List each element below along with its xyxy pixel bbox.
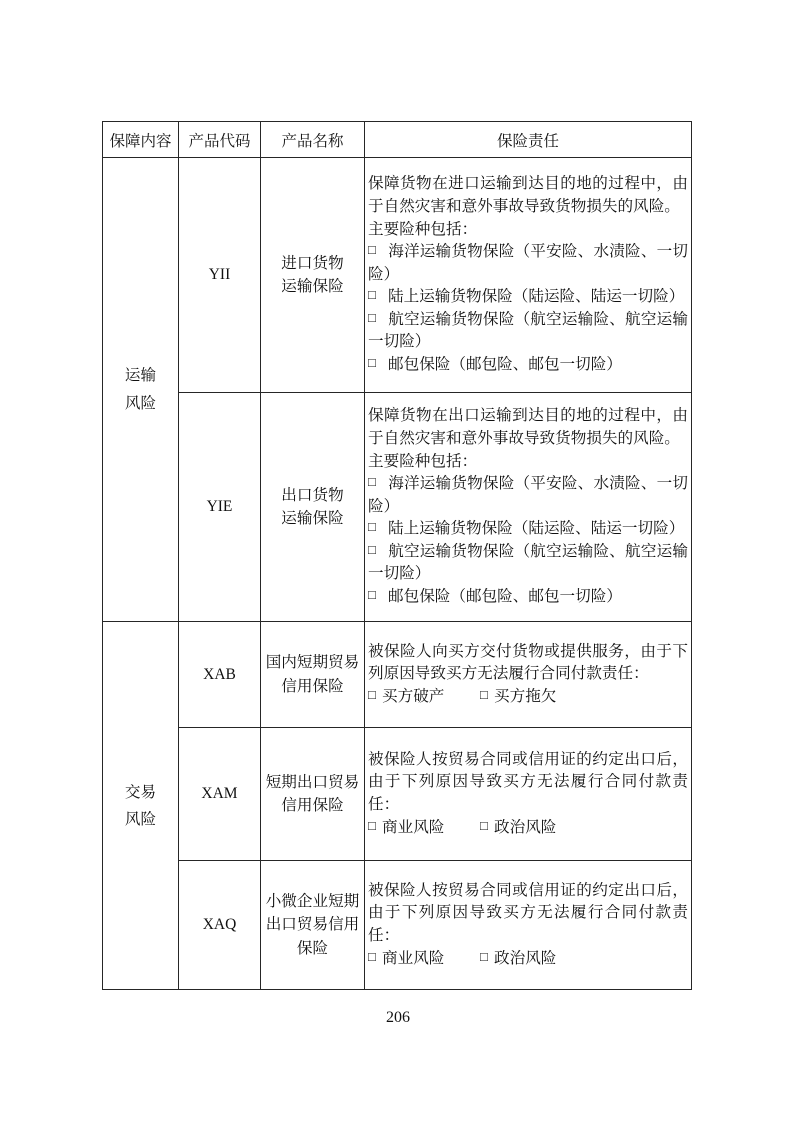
product-code-cell: XAM <box>179 728 261 861</box>
risk-option: □政治风险 <box>480 948 592 971</box>
product-code-cell: XAQ <box>179 861 261 990</box>
liability-text: 保障货物在进口运输到达目的地的过程中，由于自然灾害和意外事故导致货物损失的风险。… <box>368 173 688 376</box>
liability-description: 被保险人按贸易合同或信用证的约定出口后，由于下列原因导致买方无法履行合同付款责任… <box>368 880 688 948</box>
product-name-cell: 出口货物 运输保险 <box>261 393 365 622</box>
category-label: 交易 风险 <box>125 779 156 833</box>
table-row: 交易 风险 XAB 国内短期贸易 信用保险 被保险人向买方交付货物或提供服务，由… <box>103 622 692 728</box>
coverage-item: □陆上运输货物保险（陆运险、陆运一切险） <box>368 286 688 309</box>
checkbox-icon: □ <box>368 950 382 963</box>
coverage-item: □航空运输货物保险（航空运输险、航空运输一切险） <box>368 309 688 354</box>
header-coverage-category: 保障内容 <box>103 122 179 158</box>
checkbox-icon: □ <box>368 356 388 369</box>
checkbox-icon: □ <box>368 588 388 601</box>
risk-option: □买方破产 <box>368 686 480 709</box>
liability-cell: 被保险人向买方交付货物或提供服务，由于下列原因导致买方无法履行合同付款责任： □… <box>365 622 692 728</box>
checkbox-icon: □ <box>480 950 494 963</box>
checkbox-icon: □ <box>368 475 388 488</box>
liability-cell: 保障货物在出口运输到达目的地的过程中，由于自然灾害和意外事故导致货物损失的风险。… <box>365 393 692 622</box>
risk-option: □政治风险 <box>480 817 592 840</box>
checkbox-icon: □ <box>368 688 382 701</box>
liability-subheading: 主要险种包括： <box>368 219 688 242</box>
checkbox-icon: □ <box>480 819 494 832</box>
header-product-code: 产品代码 <box>179 122 261 158</box>
product-name-cell: 短期出口贸易 信用保险 <box>261 728 365 861</box>
category-label: 运输 风险 <box>125 362 156 418</box>
liability-cell: 保障货物在进口运输到达目的地的过程中，由于自然灾害和意外事故导致货物损失的风险。… <box>365 158 692 393</box>
category-cell-transport-risk: 运输 风险 <box>103 158 179 622</box>
liability-subheading: 主要险种包括： <box>368 451 688 474</box>
product-code-cell: YII <box>179 158 261 393</box>
coverage-item: □邮包保险（邮包险、邮包一切险） <box>368 586 688 609</box>
product-name-cell: 国内短期贸易 信用保险 <box>261 622 365 728</box>
product-name-cell: 小微企业短期 出口贸易信用 保险 <box>261 861 365 990</box>
insurance-product-table: 保障内容 产品代码 产品名称 保险责任 运输 风险 YII 进口货物 运输保险 … <box>102 121 692 990</box>
liability-description: 保障货物在进口运输到达目的地的过程中，由于自然灾害和意外事故导致货物损失的风险。 <box>368 173 688 218</box>
coverage-item: □陆上运输货物保险（陆运险、陆运一切险） <box>368 518 688 541</box>
checkbox-icon: □ <box>368 311 388 324</box>
liability-text: 被保险人按贸易合同或信用证的约定出口后，由于下列原因导致买方无法履行合同付款责任… <box>368 880 688 970</box>
table-row: 运输 风险 YII 进口货物 运输保险 保障货物在进口运输到达目的地的过程中，由… <box>103 158 692 393</box>
liability-description: 保障货物在出口运输到达目的地的过程中，由于自然灾害和意外事故导致货物损失的风险。 <box>368 405 688 450</box>
risk-option: □商业风险 <box>368 817 480 840</box>
risk-options: □商业风险 □政治风险 <box>368 948 688 971</box>
checkbox-icon: □ <box>368 543 388 556</box>
header-insurance-liability: 保险责任 <box>365 122 692 158</box>
liability-cell: 被保险人按贸易合同或信用证的约定出口后，由于下列原因导致买方无法履行合同付款责任… <box>365 861 692 990</box>
liability-description: 被保险人向买方交付货物或提供服务，由于下列原因导致买方无法履行合同付款责任： <box>368 641 688 686</box>
checkbox-icon: □ <box>368 243 388 256</box>
checkbox-icon: □ <box>368 520 388 533</box>
risk-options: □商业风险 □政治风险 <box>368 817 688 840</box>
table-row: XAQ 小微企业短期 出口贸易信用 保险 被保险人按贸易合同或信用证的约定出口后… <box>103 861 692 990</box>
liability-description: 被保险人按贸易合同或信用证的约定出口后，由于下列原因导致买方无法履行合同付款责任… <box>368 749 688 817</box>
liability-cell: 被保险人按贸易合同或信用证的约定出口后，由于下列原因导致买方无法履行合同付款责任… <box>365 728 692 861</box>
checkbox-icon: □ <box>368 288 388 301</box>
risk-options: □买方破产 □买方拖欠 <box>368 686 688 709</box>
table-row: XAM 短期出口贸易 信用保险 被保险人按贸易合同或信用证的约定出口后，由于下列… <box>103 728 692 861</box>
header-row: 保障内容 产品代码 产品名称 保险责任 <box>103 122 692 158</box>
coverage-item: □海洋运输货物保险（平安险、水渍险、一切险） <box>368 473 688 518</box>
product-code-cell: YIE <box>179 393 261 622</box>
risk-option: □买方拖欠 <box>480 686 592 709</box>
coverage-item: □航空运输货物保险（航空运输险、航空运输一切险） <box>368 541 688 586</box>
checkbox-icon: □ <box>480 688 494 701</box>
product-code-cell: XAB <box>179 622 261 728</box>
risk-option: □商业风险 <box>368 948 480 971</box>
page-number: 206 <box>0 1009 793 1027</box>
coverage-item: □海洋运输货物保险（平安险、水渍险、一切险） <box>368 241 688 286</box>
category-cell-trade-risk: 交易 风险 <box>103 622 179 990</box>
table-row: YIE 出口货物 运输保险 保障货物在出口运输到达目的地的过程中，由于自然灾害和… <box>103 393 692 622</box>
liability-text: 被保险人向买方交付货物或提供服务，由于下列原因导致买方无法履行合同付款责任： □… <box>368 641 688 709</box>
checkbox-icon: □ <box>368 819 382 832</box>
product-name-cell: 进口货物 运输保险 <box>261 158 365 393</box>
liability-text: 保障货物在出口运输到达目的地的过程中，由于自然灾害和意外事故导致货物损失的风险。… <box>368 405 688 608</box>
coverage-item: □邮包保险（邮包险、邮包一切险） <box>368 354 688 377</box>
header-product-name: 产品名称 <box>261 122 365 158</box>
liability-text: 被保险人按贸易合同或信用证的约定出口后，由于下列原因导致买方无法履行合同付款责任… <box>368 749 688 839</box>
